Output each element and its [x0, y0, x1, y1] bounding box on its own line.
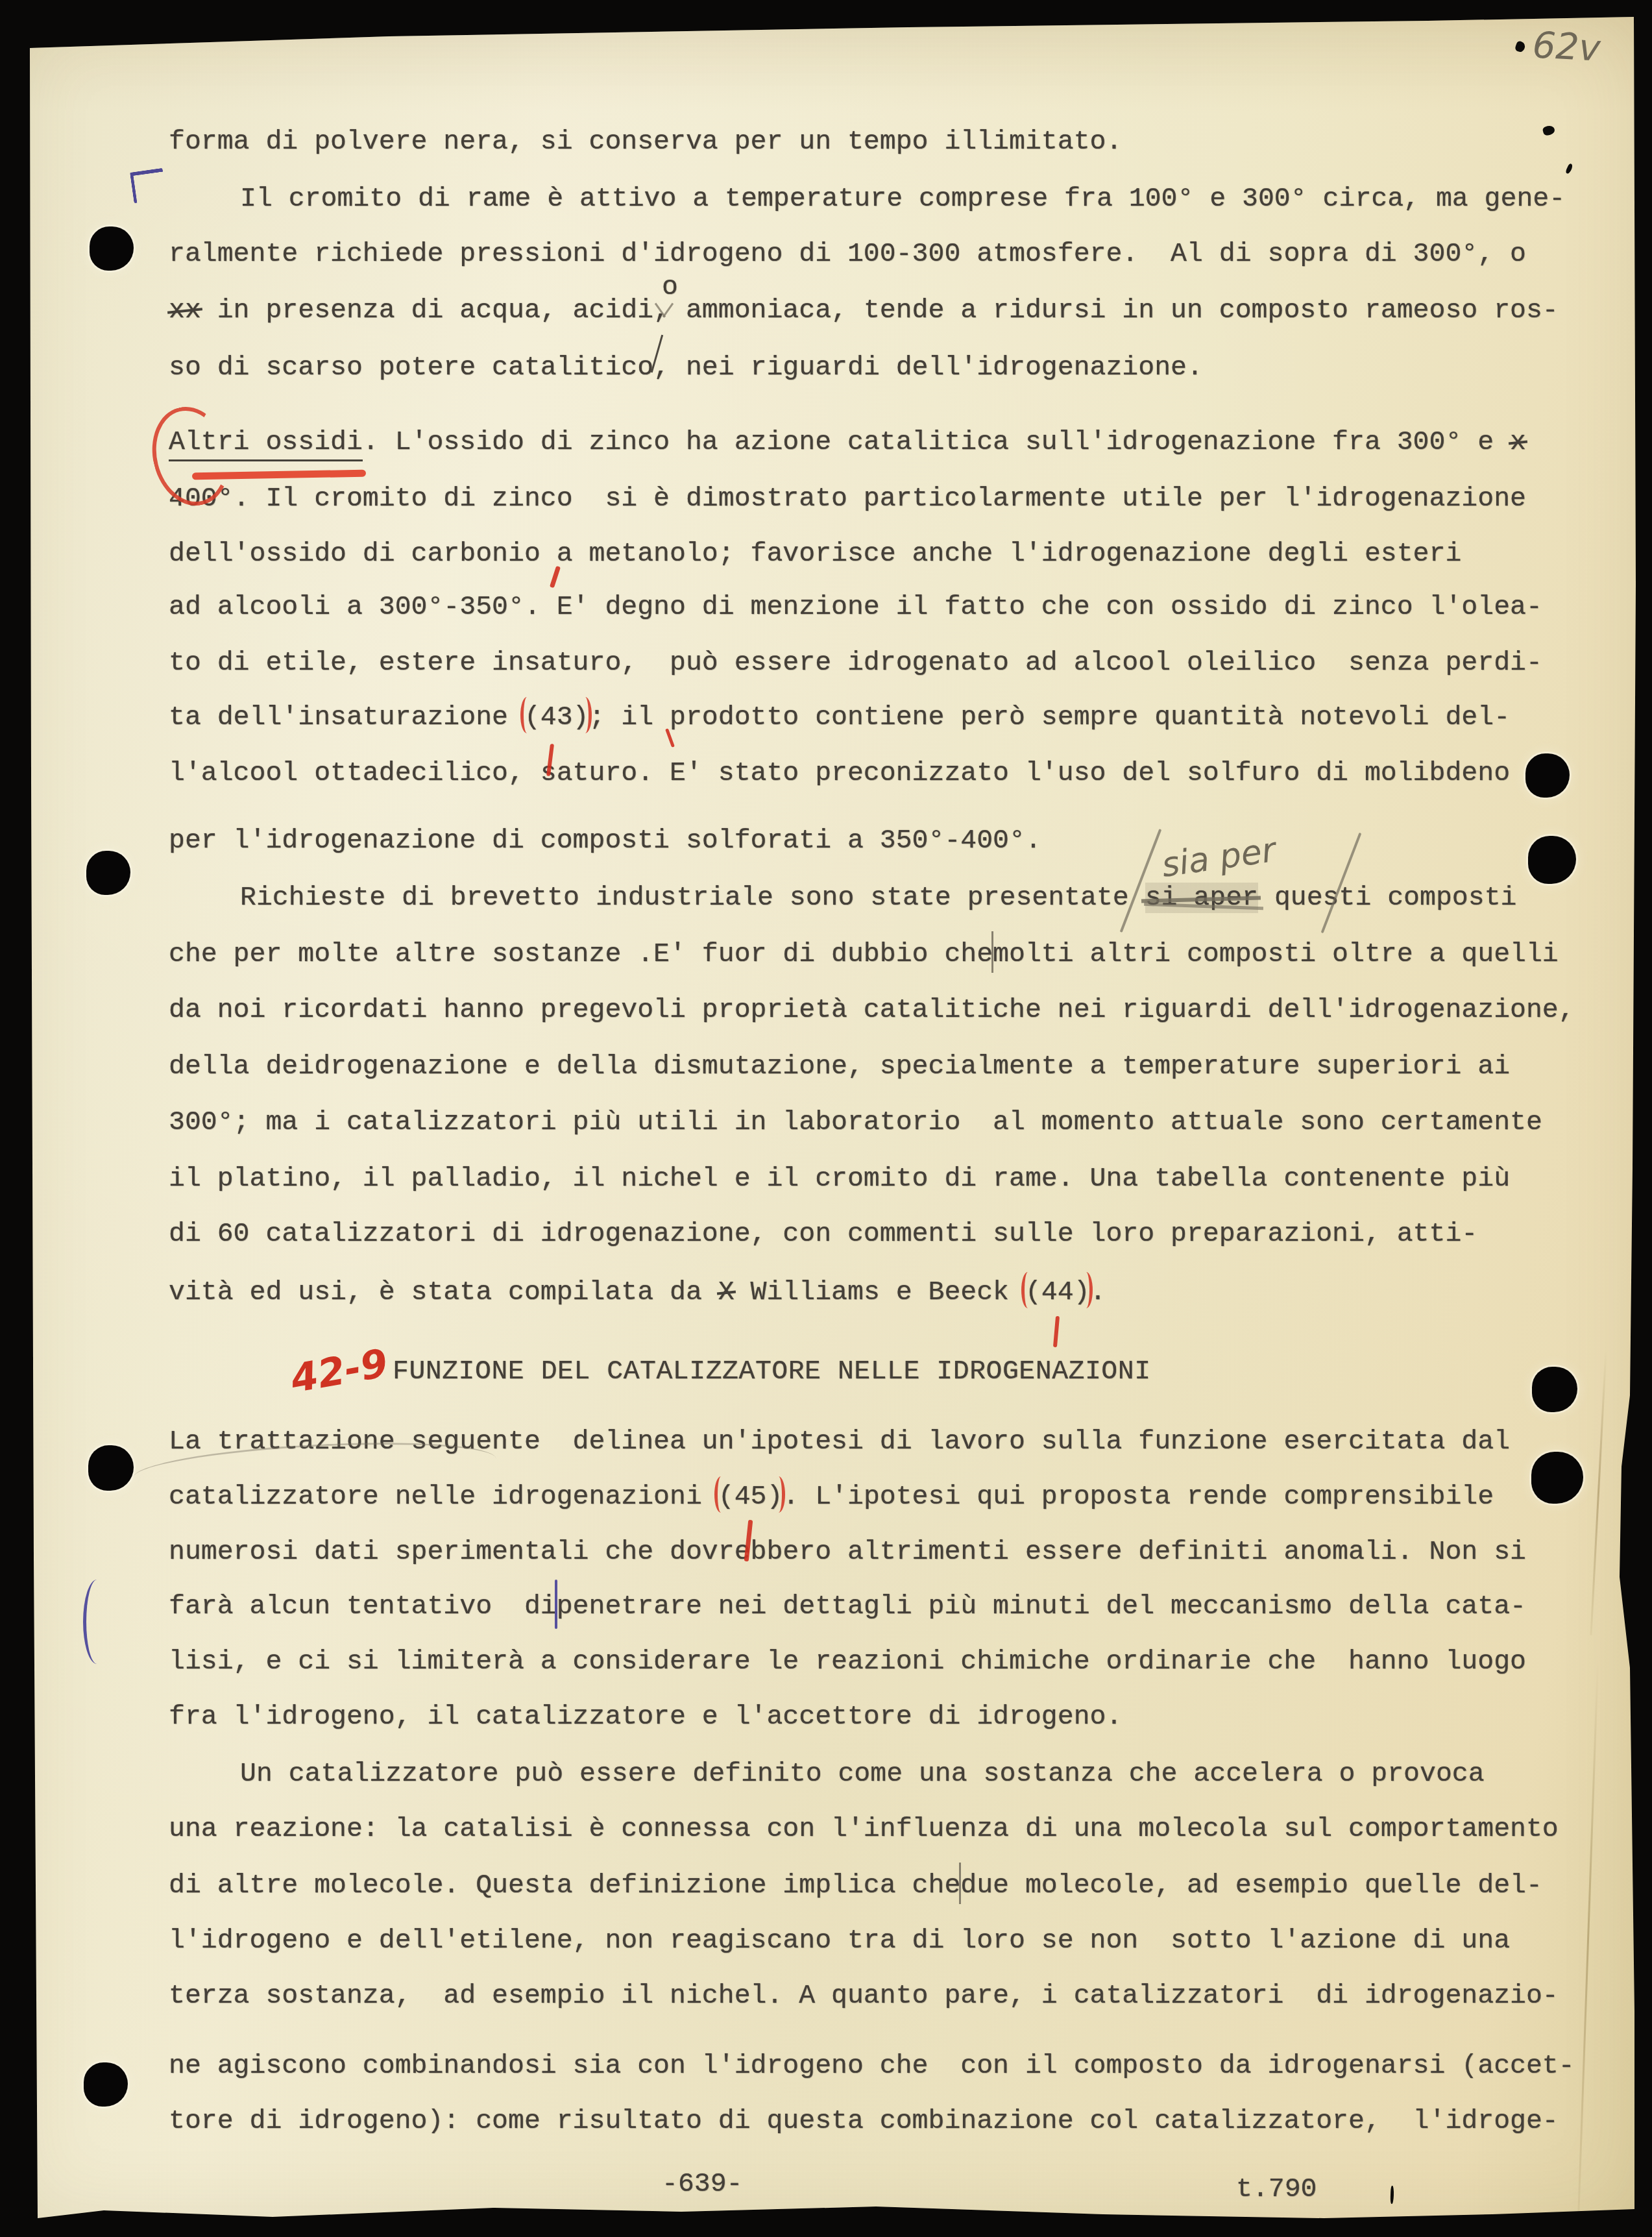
segment-struck: x: [1510, 427, 1526, 458]
mark-crease: [1590, 1350, 1607, 1635]
page-number: -639-: [662, 2169, 743, 2201]
segment-text: ta dell'insaturazione: [169, 702, 524, 733]
segment-text: ; il prodotto contiene però sempre quant…: [589, 702, 1511, 733]
segment-text: terza sostanza, ad esempio il nichel. A …: [169, 1981, 1559, 2011]
segment-text: Un catalizzatore può essere definito com…: [240, 1759, 1485, 1789]
segment-text: ne agiscono combinandosi sia con l'idrog…: [169, 2051, 1575, 2081]
typed-line: il platino, il palladio, il nichel e il …: [169, 1164, 1510, 1195]
typed-line: terza sostanza, ad esempio il nichel. A …: [169, 1981, 1559, 2012]
segment-text: questi composti: [1258, 883, 1516, 913]
typed-line: Un catalizzatore può essere definito com…: [240, 1759, 1485, 1791]
segment-text: 300°; ma i catalizzatori più utili in la…: [169, 1107, 1542, 1138]
typed-line: Il cromito di rame è attivo a temperatur…: [240, 184, 1565, 215]
mark-blue-paren: [83, 1580, 111, 1664]
typed-line: ta dell'insaturazione (43); il prodotto …: [169, 702, 1510, 734]
hole-punch: [88, 1445, 134, 1491]
segment-text: due molecole, ad esempio quelle del-: [960, 1870, 1542, 1901]
typed-line: so di scarso potere catalitico, nei rigu…: [169, 352, 1203, 384]
segment-text: tore di idrogeno): come risultato di que…: [169, 2106, 1559, 2136]
segment-text: forma di polvere nera, si conserva per u…: [169, 127, 1122, 157]
typed-line: Richieste di brevetto industriale sono s…: [240, 883, 1516, 914]
typed-line: di 60 catalizzatori di idrogenazione, co…: [169, 1219, 1477, 1251]
segment-slashed: ,: [653, 352, 670, 383]
segment-text: numerosi dati sperimentali che dovrebber…: [169, 1537, 1526, 1567]
segment-text: per l'idrogenazione di composti solforat…: [169, 825, 1041, 856]
typed-line: farà alcun tentativo dipenetrare nei det…: [169, 1591, 1526, 1623]
section-heading: FUNZIONE DEL CATALIZZATORE NELLE IDROGEN…: [393, 1356, 1151, 1388]
typed-line: l'alcool ottadecilico, saturo. E' stato …: [169, 758, 1510, 790]
segment-text: l'alcool ottadecilico, saturo. E' stato …: [169, 758, 1510, 788]
segment-text: . L'ossido di zinco ha azione catalitica…: [363, 427, 1510, 458]
segment-text: dell'ossido di carbonio a metanolo; favo…: [169, 539, 1461, 569]
segment-text: penetrare nei dettagli più minuti del me…: [557, 1591, 1526, 1622]
mark-pencil-line: [1120, 829, 1162, 933]
typed-line: di altre molecole. Questa definizione im…: [169, 1870, 1542, 1902]
typed-line: ad alcooli a 300°-350°. E' degno di menz…: [169, 592, 1542, 624]
segment-redpar: (45): [718, 1482, 783, 1512]
segment-text: Richieste di brevetto industriale sono s…: [240, 883, 1145, 913]
segment-text: so di scarso potere catalitico: [169, 352, 653, 383]
handwriting-folio-number: 62v: [1531, 24, 1601, 69]
segment-text: di 60 catalizzatori di idrogenazione, co…: [169, 1219, 1477, 1249]
typed-line: da noi ricordati hanno pregevoli proprie…: [169, 995, 1575, 1027]
segment-text: in presenza di acqua, acidi,: [201, 295, 670, 326]
segment-text: to di etile, estere insaturo, può essere…: [169, 648, 1542, 678]
mark-speck: [1565, 163, 1573, 174]
hole-punch: [1528, 836, 1576, 884]
segment-redpar: (44): [1025, 1277, 1090, 1308]
segment-text: Williams e Beeck: [735, 1277, 1025, 1308]
mark-speck: [1542, 125, 1555, 136]
segment-text: di altre molecole. Questa definizione im…: [169, 1870, 960, 1901]
segment-text: .: [1090, 1277, 1106, 1308]
mark-speck: [1514, 40, 1527, 53]
typed-line: forma di polvere nera, si conserva per u…: [169, 127, 1122, 158]
segment-text: lisi, e ci si limiterà a considerare le …: [169, 1646, 1526, 1677]
segment-text: il platino, il palladio, il nichel e il …: [169, 1164, 1510, 1194]
typescript-page: forma di polvere nera, si conserva per u…: [0, 0, 1652, 2237]
doc-ref: t.790: [1236, 2174, 1317, 2206]
segment-text: Il cromito di rame è attivo a temperatur…: [240, 184, 1565, 214]
segment-text: ad alcooli a 300°-350°. E' degno di menz…: [169, 592, 1542, 622]
mark-red-tick: [1053, 1316, 1060, 1347]
segment-text: ralmente richiede pressioni d'idrogeno d…: [169, 239, 1526, 269]
segment-text: ammoniaca, tende a ridursi in un compost…: [670, 295, 1559, 326]
scanned-document-photo: forma di polvere nera, si conserva per u…: [0, 0, 1652, 2237]
mark-blue-insert: [130, 168, 167, 204]
typed-line: per l'idrogenazione di composti solforat…: [169, 825, 1041, 857]
typed-line: to di etile, estere insaturo, può essere…: [169, 648, 1542, 679]
typed-line: numerosi dati sperimentali che dovrebber…: [169, 1537, 1526, 1569]
typed-line: ne agiscono combinandosi sia con l'idrog…: [169, 2051, 1575, 2083]
typed-line: l'idrogeno e dell'etilene, non reagiscan…: [169, 1925, 1510, 1957]
handwriting-section-number: 42-9: [287, 1340, 391, 1402]
typed-line: fra l'idrogeno, il catalizzatore e l'acc…: [169, 1702, 1122, 1733]
segment-text: l'idrogeno e dell'etilene, non reagiscan…: [169, 1925, 1510, 1956]
mark-crease: [1577, 1661, 1599, 2219]
segment-text: da noi ricordati hanno pregevoli proprie…: [169, 995, 1575, 1025]
handwriting-correction-sia-per: sia per: [1160, 831, 1278, 885]
segment-text: una reazione: la catalisi è connessa con…: [169, 1814, 1559, 1844]
segment-redpar: (43): [524, 702, 589, 733]
hole-punch: [86, 851, 130, 895]
typed-line: che per molte altre sostanze .E' fuor di…: [169, 939, 1559, 971]
typed-line: 400°. Il cromito di zinco si è dimostrat…: [169, 483, 1526, 515]
typed-line: una reazione: la catalisi è connessa con…: [169, 1814, 1559, 1846]
hole-punch: [90, 226, 134, 271]
typed-line: xx in presenza di acqua, acidi,o ammonia…: [169, 295, 1559, 327]
typed-line: lisi, e ci si limiterà a considerare le …: [169, 1646, 1526, 1678]
segment-struck: xx: [169, 295, 201, 326]
segment-text: della deidrogenazione e della dismutazio…: [169, 1051, 1510, 1082]
segment-text: fra l'idrogeno, il catalizzatore e l'acc…: [169, 1702, 1122, 1732]
segment-struck: X: [718, 1277, 735, 1308]
hole-punch: [1525, 753, 1570, 798]
segment-text: nei riguardi dell'idrogenazione.: [670, 352, 1203, 383]
typed-line: vità ed usi, è stata compilata da X Will…: [169, 1277, 1106, 1309]
segment-text: . L'ipotesi qui proposta rende comprensi…: [783, 1482, 1494, 1512]
segment-text: vità ed usi, è stata compilata da: [169, 1277, 718, 1308]
segment-heading: FUNZIONE DEL CATALIZZATORE NELLE IDROGEN…: [393, 1356, 1151, 1387]
typed-line: della deidrogenazione e della dismutazio…: [169, 1051, 1510, 1083]
hole-punch: [1532, 1367, 1577, 1412]
typed-line: tore di idrogeno): come risultato di que…: [169, 2106, 1559, 2138]
mark-speck: [1391, 2186, 1394, 2204]
segment-text: 400°. Il cromito di zinco si è dimostrat…: [169, 483, 1526, 514]
segment-text: molti altri composti oltre a quelli: [993, 939, 1559, 970]
segment-pstruck: si aper: [1145, 883, 1258, 913]
typed-line: 300°; ma i catalizzatori più utili in la…: [169, 1107, 1542, 1139]
typed-line: dell'ossido di carbonio a metanolo; favo…: [169, 539, 1461, 570]
typed-line: ralmente richiede pressioni d'idrogeno d…: [169, 239, 1526, 271]
segment-text: che per molte altre sostanze .E' fuor di…: [169, 939, 993, 970]
hole-punch: [1531, 1452, 1583, 1504]
hole-punch: [84, 2062, 128, 2107]
typed-line: Altri ossidi. L'ossido di zinco ha azion…: [169, 427, 1526, 459]
segment-text: farà alcun tentativo di: [169, 1591, 557, 1622]
